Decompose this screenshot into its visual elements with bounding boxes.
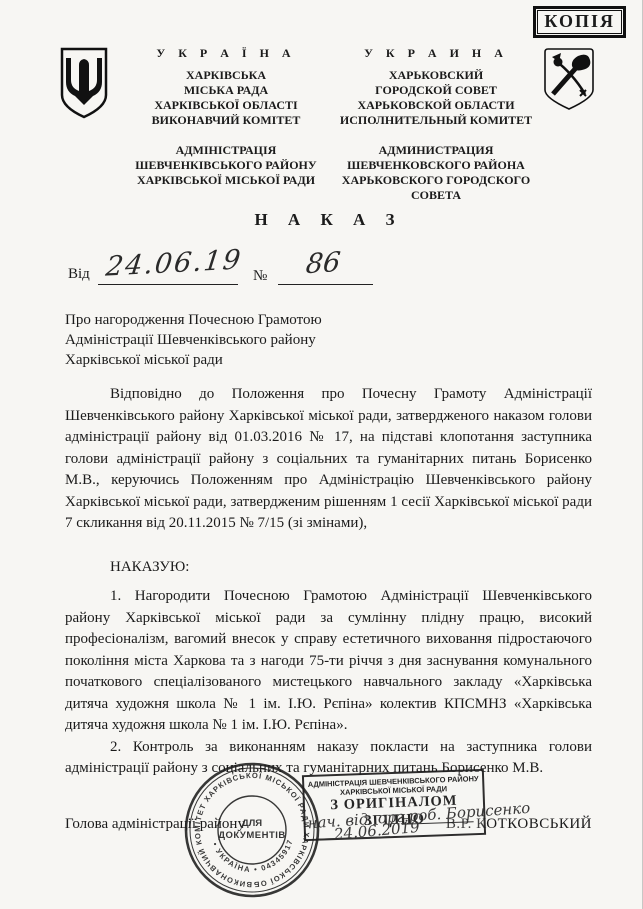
number-underline bbox=[278, 284, 373, 285]
letterhead: У К Р А Ї Н А ХАРКІВСЬКА МІСЬКА РАДА ХАР… bbox=[58, 46, 598, 203]
round-stamp-inner-ring-text: • УКРАЇНА • 04345917 bbox=[210, 838, 294, 874]
letterhead-left: У К Р А Ї Н А ХАРКІВСЬКА МІСЬКА РАДА ХАР… bbox=[58, 46, 336, 203]
admin-line: ХАРКІВСЬКОЇ МІСЬКОЇ РАДИ bbox=[116, 173, 336, 188]
round-stamp-center-line1: ДЛЯ bbox=[242, 818, 262, 829]
org-line: ХАРЬКОВСКИЙ bbox=[336, 68, 536, 83]
subject-line: Про нагородження Почесною Грамотою bbox=[65, 310, 395, 330]
subject-line: Харківської міської ради bbox=[65, 350, 395, 370]
document-body: Про нагородження Почесною Грамотою Адмін… bbox=[65, 310, 592, 835]
org-line: ГОРОДСКОЙ СОВЕТ bbox=[336, 83, 536, 98]
certification-stamp: АДМІНІСТРАЦІЯ ШЕВЧЕНКІВСЬКОГО РАЙОНУ ХАР… bbox=[302, 769, 486, 841]
letterhead-right: У К Р А И Н А ХАРЬКОВСКИЙ ГОРОДСКОЙ СОВЕ… bbox=[336, 46, 598, 203]
date-underline bbox=[98, 284, 238, 285]
letterhead-left-text: У К Р А Ї Н А ХАРКІВСЬКА МІСЬКА РАДА ХАР… bbox=[110, 46, 336, 188]
date-number-line: Від 24.06.19 № 86 bbox=[68, 252, 468, 288]
org-line: ХАРЬКОВСКОЙ ОБЛАСТИ bbox=[336, 98, 536, 113]
org-line: ИСПОЛНИТЕЛЬНЫЙ КОМИТЕТ bbox=[336, 113, 536, 128]
round-office-stamp: ВИКОНАВЧИЙ КОМІТЕТ ХАРКІВСЬКОЇ МІСЬКОЇ Р… bbox=[176, 754, 328, 906]
order-item-2: 2. Контроль за виконанням наказу покласт… bbox=[65, 737, 592, 780]
kharkiv-city-emblem-icon bbox=[540, 46, 598, 117]
copy-stamp: КОПІЯ bbox=[533, 6, 626, 38]
admin-line: ШЕВЧЕНКІВСЬКОГО РАЙОНУ bbox=[116, 158, 336, 173]
date-prefix-label: Від bbox=[68, 266, 90, 283]
subject-line: Адміністрації Шевченківського району bbox=[65, 330, 395, 350]
country-name-ru: У К Р А И Н А bbox=[336, 46, 536, 61]
admin-line: АДМІНІСТРАЦІЯ bbox=[116, 143, 336, 158]
admin-line: ШЕВЧЕНКОВСКОГО РАЙОНА bbox=[336, 158, 536, 173]
svg-text:• УКРАЇНА • 04345917: • УКРАЇНА • 04345917 bbox=[210, 838, 294, 874]
handwritten-number: 86 bbox=[304, 247, 342, 281]
document-page: КОПІЯ У К Р А Ї Н А ХАРКІВСЬКА МІСЬКА РА… bbox=[0, 0, 643, 909]
admin-line: АДМИНИСТРАЦИЯ bbox=[336, 143, 536, 158]
admin-block-right: АДМИНИСТРАЦИЯ ШЕВЧЕНКОВСКОГО РАЙОНА ХАРЬ… bbox=[336, 143, 536, 203]
document-title: Н А К А З bbox=[65, 210, 592, 230]
admin-block-left: АДМІНІСТРАЦІЯ ШЕВЧЕНКІВСЬКОГО РАЙОНУ ХАР… bbox=[116, 143, 336, 188]
order-item-1: 1. Нагородити Почесною Грамотою Адмініст… bbox=[65, 586, 592, 737]
intro-paragraph: Відповідно до Положення про Почесну Грам… bbox=[65, 384, 592, 535]
subject-block: Про нагородження Почесною Грамотою Адмін… bbox=[65, 310, 395, 370]
org-line: ВИКОНАВЧИЙ КОМІТЕТ bbox=[116, 113, 336, 128]
org-line: МІСЬКА РАДА bbox=[116, 83, 336, 98]
letterhead-right-text: У К Р А И Н А ХАРЬКОВСКИЙ ГОРОДСКОЙ СОВЕ… bbox=[336, 46, 540, 203]
org-line: ХАРКІВСЬКА bbox=[116, 68, 336, 83]
ukraine-trident-emblem-icon bbox=[58, 46, 110, 125]
copy-stamp-label: КОПІЯ bbox=[537, 10, 622, 34]
order-keyword: НАКАЗУЮ: bbox=[65, 557, 592, 579]
round-stamp-center-line2: ДОКУМЕНТІВ bbox=[218, 830, 286, 841]
number-label: № bbox=[253, 268, 267, 285]
country-name-ua: У К Р А Ї Н А bbox=[116, 46, 336, 61]
org-line: ХАРКІВСЬКОЇ ОБЛАСТІ bbox=[116, 98, 336, 113]
handwritten-date: 24.06.19 bbox=[104, 244, 244, 282]
admin-line: ХАРЬКОВСКОГО ГОРОДСКОГО СОВЕТА bbox=[336, 173, 536, 203]
